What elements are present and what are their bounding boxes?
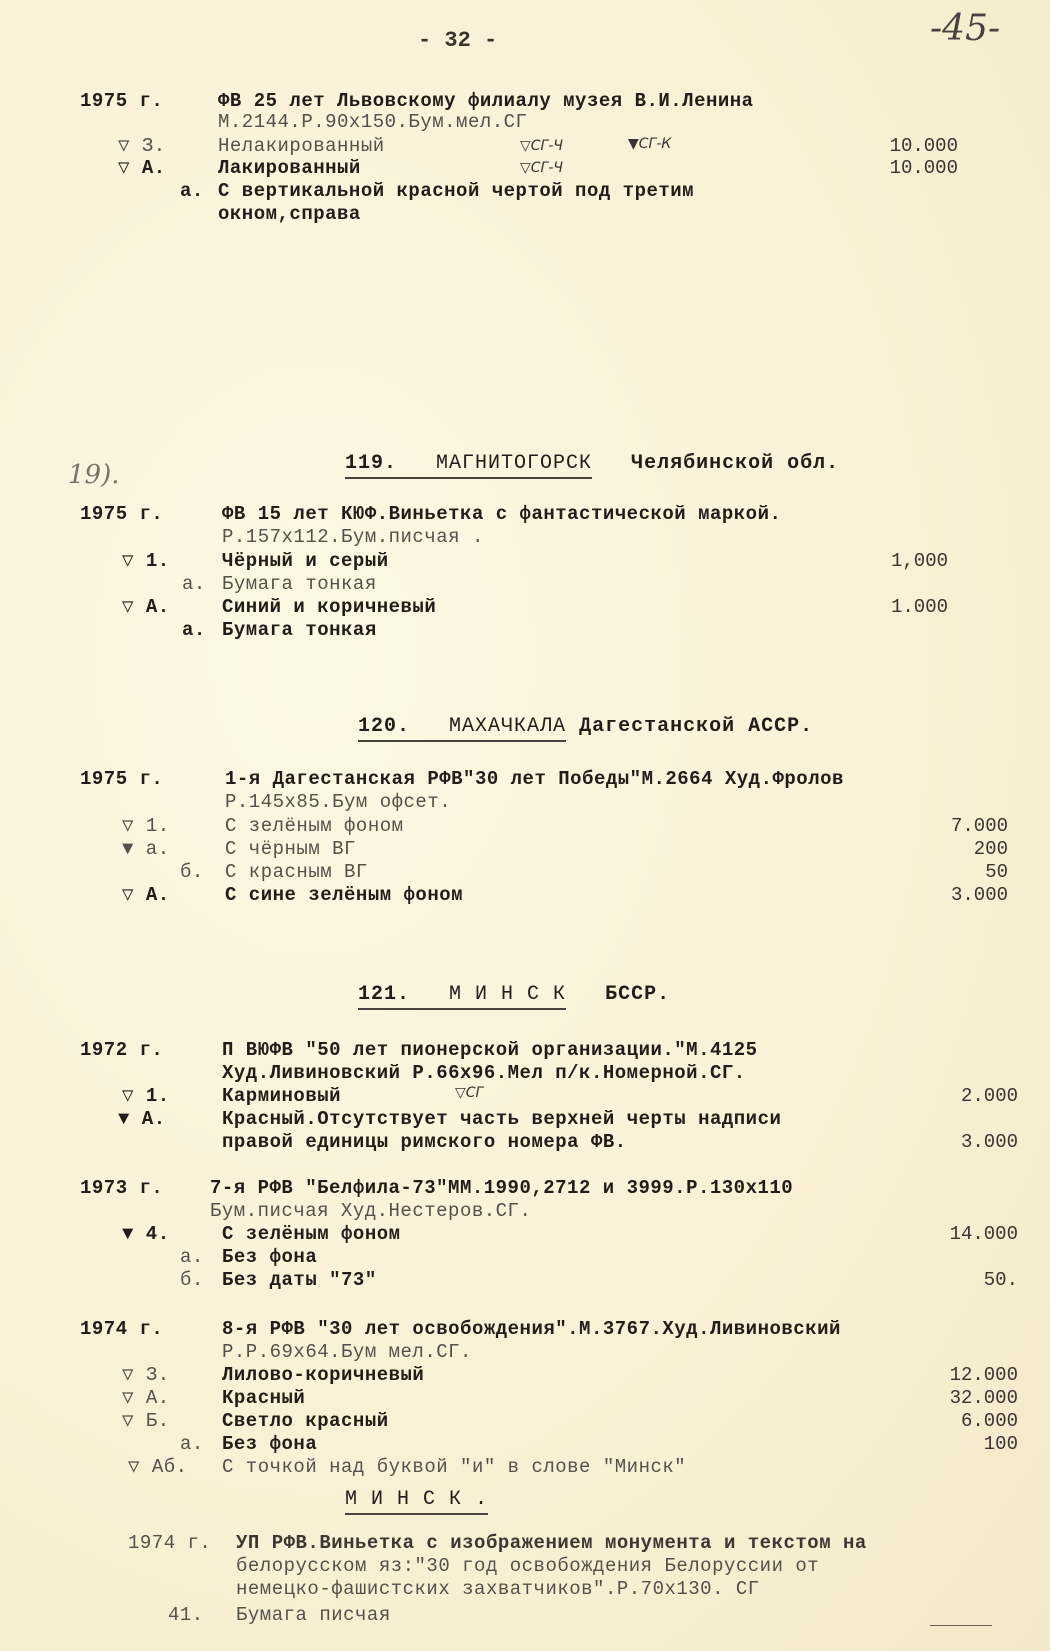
- section-heading-region: БССР.: [605, 983, 670, 1006]
- entry-title: Р.157х112.Бум.писчая .: [222, 526, 484, 549]
- item-marker: ▽ 1.: [122, 1085, 170, 1108]
- item-quantity: 1,000: [808, 550, 948, 572]
- section-heading-city: 121. М И Н С К: [358, 983, 566, 1010]
- section-heading: 119. МАГНИТОГОРСК Челябинской обл.: [345, 452, 839, 475]
- item-marker: а.: [180, 180, 204, 203]
- item-text: Бумага писчая: [236, 1604, 391, 1627]
- margin-note: 19).: [68, 460, 120, 490]
- section-heading-city: М И Н С К .: [345, 1488, 488, 1515]
- item-quantity: 10.000: [818, 157, 958, 179]
- item-marker: ▽ З.: [122, 1364, 170, 1387]
- item-marker: б.: [180, 861, 204, 884]
- item-text: С зелёным фоном: [225, 815, 404, 838]
- item-marker: ▽ А.: [118, 157, 166, 180]
- item-marker: ▼ А.: [118, 1108, 166, 1131]
- entry-title: белорусском яз:"30 год освобождения Бело…: [236, 1555, 819, 1578]
- item-text: Бумага тонкая: [222, 619, 377, 642]
- entry-title: немецко-фашистских захватчиков".Р.70х130…: [236, 1578, 760, 1601]
- item-marker: ▽ А.: [122, 596, 170, 619]
- item-text: Лилово-коричневый: [222, 1364, 424, 1387]
- item-text: Красный: [222, 1387, 305, 1410]
- item-quantity: 10.000: [818, 135, 958, 157]
- entry-title: ФВ 15 лет КЮФ.Виньетка с фантастической …: [222, 503, 781, 526]
- item-marker: ▽ З.: [118, 135, 166, 158]
- item-marker: ▽ 1.: [122, 550, 170, 573]
- item-quantity: 7.000: [868, 815, 1008, 837]
- item-text: С зелёным фоном: [222, 1223, 401, 1246]
- entry-title: ФВ 25 лет Львовскому филиалу музея В.И.Л…: [218, 90, 754, 113]
- entry-title: 7-я РФВ "Белфила-73"ММ.1990,2712 и 3999.…: [210, 1177, 793, 1200]
- item-text: С точкой над буквой "и" в слове "Минск": [222, 1456, 686, 1479]
- entry-title: Р.145х85.Бум офсет.: [225, 791, 451, 814]
- item-marker: ▼ 4.: [122, 1223, 170, 1246]
- item-text: Бумага тонкая: [222, 573, 377, 596]
- section-heading-city: 120. МАХАЧКАЛА: [358, 715, 566, 742]
- item-text: Без фона: [222, 1433, 317, 1456]
- item-text: Светло красный: [222, 1410, 389, 1433]
- item-quantity: 50.: [878, 1269, 1018, 1291]
- entry-title: УП РФВ.Виньетка с изображением монумента…: [236, 1532, 867, 1555]
- page-number: - 32 -: [418, 28, 497, 53]
- entry-title: Худ.Ливиновский Р.66х96.Мел п/к.Номерной…: [222, 1062, 746, 1085]
- item-quantity: 3.000: [868, 884, 1008, 906]
- entry-year: 1975 г.: [80, 90, 163, 113]
- item-text: Лакированный: [218, 157, 361, 180]
- item-quantity: 14.000: [878, 1223, 1018, 1245]
- item-quantity: 3.000: [878, 1131, 1018, 1153]
- item-text: правой единицы римского номера ФВ.: [222, 1131, 627, 1154]
- item-text: окном,справа: [218, 203, 361, 226]
- item-text: Карминовый: [222, 1085, 341, 1108]
- check-note: ▽СГ-Ч: [520, 160, 563, 176]
- item-text: Без фона: [222, 1246, 317, 1269]
- entry-year: 1975 г.: [80, 768, 163, 791]
- item-quantity: 50: [868, 861, 1008, 883]
- entry-year: 1973 г.: [80, 1177, 163, 1200]
- entry-title: Бум.писчая Худ.Нестеров.СГ.: [210, 1200, 531, 1223]
- item-marker: ▽ А.: [122, 884, 170, 907]
- item-text: С сине зелёным фоном: [225, 884, 463, 907]
- item-text: С чёрным ВГ: [225, 838, 356, 861]
- entry-title: 8-я РФВ "30 лет освобождения".М.3767.Худ…: [222, 1318, 841, 1341]
- item-text: Красный.Отсутствует часть верхней черты …: [222, 1108, 781, 1131]
- item-marker: а.: [180, 1246, 204, 1269]
- entry-year: 1974 г.: [128, 1532, 211, 1555]
- entry-year: 1975 г.: [80, 503, 163, 526]
- item-text: С вертикальной красной чертой под третим: [218, 180, 694, 203]
- item-marker: ▼ а.: [122, 838, 170, 861]
- item-quantity: 12.000: [878, 1364, 1018, 1386]
- item-quantity: 32.000: [878, 1387, 1018, 1409]
- section-heading-region: Челябинской обл.: [631, 452, 839, 475]
- item-quantity: 1.000: [808, 596, 948, 618]
- item-text: С красным ВГ: [225, 861, 368, 884]
- entry-title: М.2144.Р.90х150.Бум.мел.СГ: [218, 111, 527, 134]
- item-text: Нелакированный: [218, 135, 385, 158]
- section-heading: 120. МАХАЧКАЛА Дагестанской АССР.: [358, 715, 813, 738]
- section-heading: 121. М И Н С К БССР.: [358, 983, 670, 1006]
- entry-title: П ВЮФВ "50 лет пионерской организации."М…: [222, 1039, 758, 1062]
- item-quantity: 100: [878, 1433, 1018, 1455]
- check-note: ▽СГ-Ч: [520, 138, 563, 154]
- item-marker: 41.: [168, 1604, 204, 1627]
- item-text: Синий и коричневый: [222, 596, 436, 619]
- item-quantity: 2.000: [878, 1085, 1018, 1107]
- item-marker: б.: [180, 1269, 204, 1292]
- item-marker: а.: [182, 619, 206, 642]
- entry-year: 1974 г.: [80, 1318, 163, 1341]
- item-text: Чёрный и серый: [222, 550, 389, 573]
- check-note: ▼СГ-К: [628, 136, 671, 152]
- divider: [930, 1625, 992, 1626]
- item-marker: а.: [182, 573, 206, 596]
- item-marker: ▽ А.: [122, 1387, 170, 1410]
- entry-title: 1-я Дагестанская РФВ"30 лет Победы"М.266…: [225, 768, 844, 791]
- item-marker: ▽ Б.: [122, 1410, 170, 1433]
- check-note: ▽СГ: [455, 1085, 483, 1101]
- entry-title: Р.Р.69х64.Бум мел.СГ.: [222, 1341, 472, 1364]
- item-text: Без даты "73": [222, 1269, 377, 1292]
- item-marker: ▽ Аб.: [128, 1456, 188, 1479]
- item-quantity: 6.000: [878, 1410, 1018, 1432]
- entry-year: 1972 г.: [80, 1039, 163, 1062]
- handwritten-page-number: -45-: [930, 8, 1000, 49]
- section-heading-city: 119. МАГНИТОГОРСК: [345, 452, 592, 479]
- item-marker: ▽ 1.: [122, 815, 170, 838]
- section-heading: М И Н С К .: [345, 1488, 488, 1511]
- item-marker: а.: [180, 1433, 204, 1456]
- item-quantity: 200: [868, 838, 1008, 860]
- section-heading-region: Дагестанской АССР.: [579, 715, 813, 738]
